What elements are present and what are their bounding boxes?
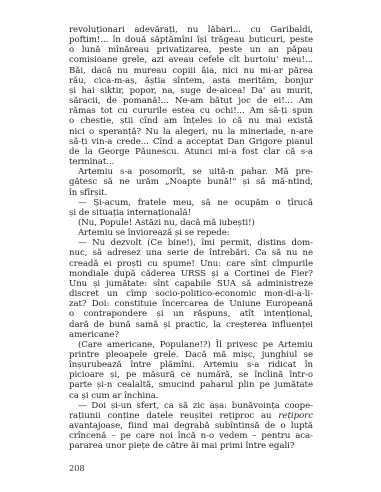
text-line: poftim!... în două săptămîni își trăgeau… [69,35,313,45]
text-line: o contrapondere și un răspuns, atît inte… [69,309,313,319]
text-line: în sfîrșit. [69,188,313,198]
text-line: terminat... [69,157,313,167]
text-line: Băi, dacă nu mureau copiii ăia, nici nu … [69,66,313,76]
text-line: parte și-n cealaltă, smucind paharul pli… [69,380,313,390]
text-line: Unu și jumătate: sînt capabile SUA să ad… [69,279,313,289]
page-number: 208 [69,463,85,473]
text-line: pararea unor piețe de către ăi mai primi… [69,441,313,451]
text-line: înșurubează între plămîni. Artemiu s-a r… [69,360,313,370]
text-line: (Nu, Popule! Astăzi nu, dacă mă iubești!… [69,218,313,228]
text-line: revoluționari adevărați, nu lăbari... cu… [69,25,313,35]
text-line: creadă ei proști cu spume! Unu: care sîn… [69,259,313,269]
text-line: rău, cica-m-aș, ăștia sîntem, asta merit… [69,76,313,86]
text-line: mondiale după căderea URSS și a Cortinei… [69,269,313,279]
text-line: discret un cîmp socio-politico-economic … [69,289,313,299]
text-line: nuc, să adresez una serie de întrebări. … [69,248,313,258]
text-line: avantajoase, fiind mai degrabă subîntins… [69,421,313,431]
text-line: rațiunii conține datele reușitei rețipro… [69,411,313,421]
text-line: și hai siktir, popor, na, suge de-aicea!… [69,86,313,96]
text-line: rămas tot cu cururile estea cu ochi!... … [69,106,313,116]
text-line: picioare și, pe măsură ce numără, se înc… [69,370,313,380]
text-line: (Care americane, Populane!?) Îl privesc … [69,340,313,350]
text-line: nici o speranță? Nu la alegeri, nu la mi… [69,127,313,137]
text-line: o lună mînăreau privatizarea, peste un a… [69,45,313,55]
text-line: americane? [69,330,313,340]
text-line: ca și cum ar închina. [69,391,313,401]
text-line: gătesc să ne urăm „Noapte bună!" și să m… [69,177,313,187]
text-line: o chestie, știi cînd am înțeles io că nu… [69,116,313,126]
text-line: comisioane grele, azi aveau cefele cît b… [69,55,313,65]
text-line: și de situația internațională! [69,208,313,218]
text-line: printre pleoapele grele. Dacă mă mișc, j… [69,350,313,360]
text-line: zat? Doi: constituie încercarea de Uniun… [69,299,313,309]
text-line: crîncenă – pe care noi încă n-o vedem – … [69,431,313,441]
text-line: săracii, de pomană!... Ne-am bătut joc d… [69,96,313,106]
text-line: — Doi și-un sfert, ca să zic așa: bunăvo… [69,401,313,411]
page-body: revoluționari adevărați, nu lăbari... cu… [69,25,313,452]
text-line: de la George Păunescu. Atunci mi-a fost … [69,147,313,157]
text-line: Artemiu se înviorează și se repede: [69,228,313,238]
text-line: să-ți vin-a crede... Cînd a acceptat Dan… [69,137,313,147]
text-line: Artemiu s-a posomorît, se uită-n pahar. … [69,167,313,177]
text-line: dară de bună samă și practic, la creșter… [69,320,313,330]
text-line: — Nu dezvolt (Ce bine!), îmi permit, dis… [69,238,313,248]
text-line: — Și-acum, fratele meu, să ne ocupăm o ț… [69,198,313,208]
italic-word: rețiporc [278,411,313,421]
